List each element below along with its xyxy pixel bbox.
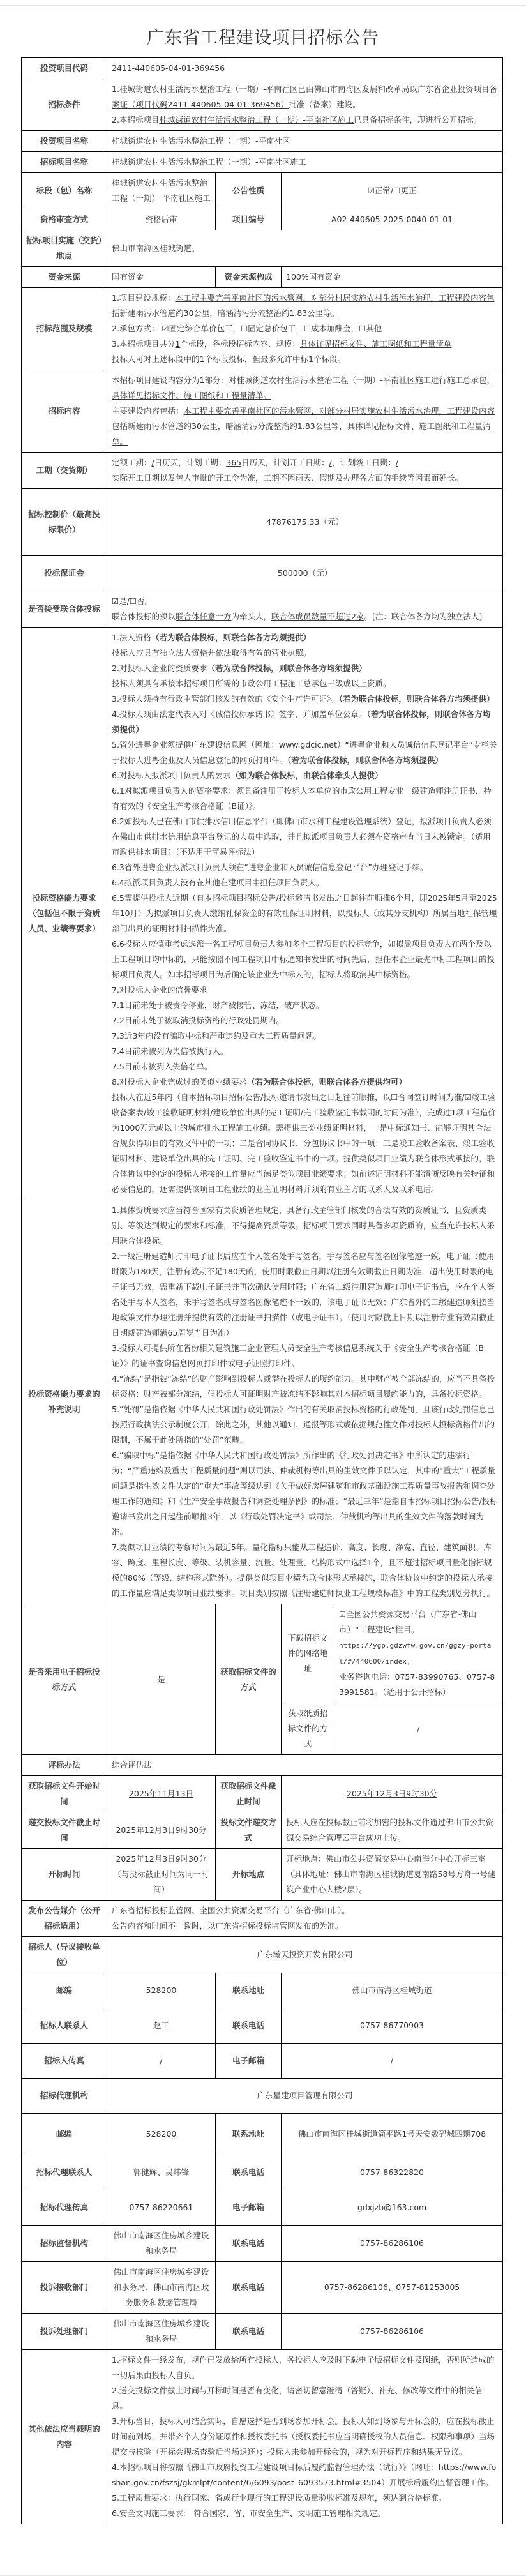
list-item: 6.对投标人拟派项目负责人的要求（如为联合体投标，由联合体牵头人提供） bbox=[112, 768, 498, 783]
value: 资格后审 bbox=[107, 209, 216, 230]
text: 日历天，计划工期： bbox=[154, 458, 227, 467]
row-invest-name: 投资项目名称 桂城街道农村生活污水整治工程（一期）-平南社区 bbox=[22, 131, 503, 152]
value: 桂城街道农村生活污水整治工程（一期）-平南社区施工 bbox=[107, 152, 503, 173]
list-item: 5.“处罚”是指依据《中华人民共和国行政处罚法》作出的有关取消投标资格的行政处罚… bbox=[112, 1402, 498, 1448]
value: 0757-86770903 bbox=[282, 2008, 503, 2044]
value: / bbox=[282, 2044, 503, 2079]
text: 联合体成员数量不超过2家 bbox=[271, 612, 364, 621]
row-period: 工期（交货期） 定额工期：/日历天，计划工期：365日历天，计划开工日期：/，计… bbox=[22, 453, 503, 489]
tender-notice-table: 投资项目代码 2411-440605-04-01-369456 招标条件 1.桂… bbox=[21, 57, 503, 2524]
label: 电子邮箱 bbox=[216, 2044, 282, 2079]
row-complaint-recv: 投诉接收部门 佛山市南海区住房城乡建设和水务局、佛山市南海区政务服务和数据管理局… bbox=[22, 2262, 503, 2314]
text: 个标段，各标段招标内容、规模： bbox=[180, 339, 300, 349]
label: 投标资格能力要求的补充说明 bbox=[22, 1200, 107, 1604]
row-tenderer-contact: 招标人联系人 赵工 联系电话 0757-86770903 bbox=[22, 2008, 503, 2044]
list-item: 4.投标人须由法定代表人对《诚信投标承诺书》签字，并加盖单位公章。（若为联合体投… bbox=[112, 707, 498, 737]
label: 评标办法 bbox=[22, 1755, 107, 1776]
label: 投标资格能力要求（包括但不限于资质人员、业绩等要求） bbox=[22, 628, 107, 1200]
label: 招标项目名称 bbox=[22, 152, 107, 173]
row-evaluation: 评标办法 综合评估法 bbox=[22, 1755, 503, 1776]
value: 广东瀚天投资开发有限公司 bbox=[107, 1937, 503, 1973]
text: 个标段投标，但最多允许中标 bbox=[204, 354, 308, 364]
row-requirements: 投标资格能力要求（包括但不限于资质人员、业绩等要求） 1.法人资格（若为联合体投… bbox=[22, 628, 503, 1200]
row-complaint-handle: 投诉处理部门 佛山市南海区住房城乡建设和水务局 联系电话 0757-862861… bbox=[22, 2314, 503, 2350]
list-item: 3.投标人须持有行政主管部门核发的有效的《安全生产许可证》。（若为联合体投标，则… bbox=[112, 691, 498, 707]
text: 部分： bbox=[204, 375, 229, 385]
text: 广东省招标投标监管网、全国公共资源交易平台（广东省·佛山市）。 bbox=[112, 1906, 350, 1915]
row-electronic: 是否采用电子招标投标方式 是 获取招标文件的方式 下载招标文件的网络地址 ☑全国… bbox=[22, 1604, 503, 1703]
text: 实际开工日期以发包人审批的开工令为准，工期不因雨天、假期及办理各方面的手续等因素… bbox=[112, 473, 463, 483]
list-item: 7.3近3年内没有骗取中标和严重违约及重大工程质量问题。 bbox=[112, 1028, 498, 1044]
value: 郭健辉、吴炜锋 bbox=[107, 2155, 216, 2190]
value: 综合评估法 bbox=[107, 1755, 503, 1776]
value: 桂城街道农村生活污水整治工程（一期）-平南社区 bbox=[107, 131, 503, 152]
text: 批准（备案）建设。 bbox=[289, 100, 361, 109]
label: 招标代理机构 bbox=[22, 2079, 107, 2114]
value: 1.桂城街道农村生活污水整治工程（一期）-平南社区已由佛山市南海区发展和改革局以… bbox=[107, 79, 503, 131]
text: 1.项目建设规模： bbox=[112, 293, 175, 303]
list-item: 6.1对拟派项目负责人的资格要求：须具备注册于投标人本单位的市政公用工程专业一级… bbox=[112, 783, 498, 814]
text: 公告内容和时间不一致时，以广东省招标投标监管网发布的为准。 bbox=[112, 1921, 343, 1931]
value: 佛山市南海区桂城街道。 bbox=[107, 230, 503, 267]
text: 365 bbox=[226, 458, 241, 467]
label: 招标控制价（最高投标限价） bbox=[22, 489, 107, 556]
label: 投诉接收部门 bbox=[22, 2262, 107, 2314]
value: 佛山市南海区桂城街道简平路1号天安数码城四期708 bbox=[282, 2114, 503, 2155]
label: 招标条件 bbox=[22, 79, 107, 131]
value: 2025年11月13日 bbox=[107, 1776, 216, 1812]
list-item: 6.6投标人应慎重考虑选派一名工程项目负责人参加多个工程项目的投标竞争，如拟派项… bbox=[112, 937, 498, 983]
text: 桂城街道农村生活污水整治工程（一期）-平南社区施工 bbox=[159, 115, 354, 124]
label: 邮编 bbox=[22, 1973, 107, 2008]
label: 开标时间 bbox=[22, 1849, 107, 1901]
value: 定额工期：/日历天，计划工期：365日历天，计划开工日期：/，计划竣工日期：/ … bbox=[107, 453, 503, 489]
value: 本招标项目建设内容分为1部分：对桂城街道农村生活污水整治工程（一期）-平南社区施… bbox=[107, 370, 503, 453]
list-item: 投标人应具有独立法人资格并依法取得有效的营业执照。 bbox=[112, 645, 498, 661]
label: 联系地址 bbox=[216, 2114, 282, 2155]
text: 为牵头人， bbox=[232, 612, 272, 621]
label: 联系电话 bbox=[216, 2262, 282, 2314]
list-item: 7.2目前未处于被取消投标资格的行政处罚期内。 bbox=[112, 1013, 498, 1028]
value: 佛山市南海区住房城乡建设和水务局、佛山市南海区政务服务和数据管理局 bbox=[107, 2262, 216, 2314]
value: 0757-86322820 bbox=[282, 2155, 503, 2190]
row-media: 发布公告媒介（公开招标适用） 广东省招标投标监管网、全国公共资源交易平台（广东省… bbox=[22, 1901, 503, 1937]
value: 0757-86286106、0757-81253005 bbox=[282, 2262, 503, 2314]
consortium-checkbox: ☑是/☐否。 bbox=[112, 596, 153, 606]
value: 0757-86220661 bbox=[107, 2190, 216, 2226]
label: 获取招标文件的方式 bbox=[216, 1604, 282, 1755]
text: 本招标项目建设内容分为 bbox=[112, 375, 200, 385]
label: 投标文件递交方式 bbox=[216, 1812, 282, 1849]
label: 招标范围及规模 bbox=[22, 288, 107, 370]
label: 投资项目名称 bbox=[22, 131, 107, 152]
value: 佛山市南海区桂城街道 bbox=[282, 1973, 503, 2008]
value: 投标人应在投标截止前将加密的投标文件通过佛山市公共资源交易综合管理云平台成功上传… bbox=[282, 1812, 503, 1849]
row-agency: 招标代理机构 广东星建项目管理有限公司 bbox=[22, 2079, 503, 2114]
value: 100%国有资金 bbox=[282, 267, 503, 288]
list-item: 1.招标文件一经发布，视作已发放给所有投标人，各投标人应及时下载电子版招标文件及… bbox=[112, 2353, 498, 2383]
label: 联系电话 bbox=[216, 2155, 282, 2190]
value: A02-440605-2025-0040-01-01 bbox=[282, 209, 503, 230]
row-content: 招标内容 本招标项目建设内容分为1部分：对桂城街道农村生活污水整治工程（一期）-… bbox=[22, 370, 503, 453]
label: 联系电话 bbox=[216, 2226, 282, 2262]
bottom-divider bbox=[0, 2550, 526, 2576]
label: 项目编号 bbox=[216, 209, 282, 230]
list-item: 3.开标当日，投标人可结合实际，自愿选择是否到场参加开标会。投标人如到场参与开标… bbox=[112, 2414, 498, 2460]
list-item: 2.对投标人企业的资质要求（若为联合体投标，则联合体各方均须提供） bbox=[112, 661, 498, 676]
text: 桂城街道农村生活污水整治工程（一期）-平南社区 bbox=[119, 84, 298, 94]
text: 2.承包方式： ☑固定综合单价包干，☐固定总价包干，☐成本加酬金，☐其他 bbox=[112, 324, 382, 333]
text: 联合体投标的须以 bbox=[112, 612, 176, 621]
text: 已具备招标条件，现进行公开招标。 bbox=[354, 115, 481, 124]
value: 桂城街道农村生活污水整治工程（一期）-平南社区施工 bbox=[107, 173, 216, 209]
text: 1. bbox=[112, 84, 119, 94]
value: 2025年12月3日9时30分 bbox=[107, 1812, 216, 1849]
row-price-cap: 招标控制价（最高投标限价） 47876175.33（元） bbox=[22, 489, 503, 556]
label: 联系电话 bbox=[216, 2314, 282, 2350]
row-opening: 开标时间 2025年12月3日9时30分（与投标截止时间为同一时间） 开标地点 … bbox=[22, 1849, 503, 1901]
label: 招标人（异议接收单位） bbox=[22, 1937, 107, 1973]
value: 528200 bbox=[107, 2114, 216, 2155]
text: 业务咨询电话：0757-83990765、0757-83991581。（适用于公… bbox=[339, 1672, 495, 1697]
value: 2025年12月3日9时30分 bbox=[282, 1776, 503, 1812]
value: / bbox=[334, 1703, 503, 1755]
list-item: 2.递交投标文件截止时间与开标时间是否有变化，请密切留意澄清（答疑）、补充、修改… bbox=[112, 2383, 498, 2414]
list-item: 6.5需提供投标人近期（自本招标项目招标公告/投标邀请书发出之日起往前顺推6个月… bbox=[112, 891, 498, 937]
list-item: 投标人须具有承接本招标项目所需的市政公用工程施工总承包三级或以上资质。 bbox=[112, 676, 498, 691]
row-supplement: 投标资格能力要求的补充说明 1.具体资质要求应当符合国家有关资质管理规定，具备行… bbox=[22, 1200, 503, 1604]
value: 2411-440605-04-01-369456 bbox=[107, 58, 503, 79]
row-agency-fax: 招标代理传真 0757-86220661 电子邮箱 gdxjzb@163.com bbox=[22, 2190, 503, 2226]
label: 公告性质 bbox=[216, 173, 282, 209]
list-item: 1.法人资格（若为联合体投标，则联合体各方均须提供） bbox=[112, 630, 498, 645]
download-link[interactable]: https://ygp.gdzwfw.gov.cn/ggzy-portal/#/… bbox=[339, 1641, 491, 1666]
value: ☑是/☐否。 联合体投标的须以联合体任意一方为牵头人，联合体成员数量不超过2家。… bbox=[107, 591, 503, 628]
label: 是否接受联合体投标 bbox=[22, 591, 107, 628]
text: 日历天，计划开工日期： bbox=[241, 458, 329, 467]
label: 招标内容 bbox=[22, 370, 107, 453]
email-link[interactable]: gdxjzb@163.com bbox=[282, 2190, 503, 2226]
label: 投资项目代码 bbox=[22, 58, 107, 79]
row-doc-time: 获取招标文件开始时间 2025年11月13日 获取招标文件截止时间 2025年1… bbox=[22, 1776, 503, 1812]
row-section: 标段（包）名称 桂城街道农村生活污水整治工程（一期）-平南社区施工 公告性质 ☑… bbox=[22, 173, 503, 209]
text: 2.本招标项目 bbox=[112, 115, 159, 124]
row-submit: 递交投标文件截止时间 2025年12月3日9时30分 投标文件递交方式 投标人应… bbox=[22, 1812, 503, 1849]
value: 国有资金 bbox=[107, 267, 216, 288]
list-item: 2.一级注册建造师打印电子证书后应在个人签名处手写签名，手写签名应与签名图像笔迹… bbox=[112, 1249, 498, 1341]
label: 获取招标文件开始时间 bbox=[22, 1776, 107, 1812]
row-agency-contact: 招标代理联系人 郭健辉、吴炜锋 联系电话 0757-86322820 bbox=[22, 2155, 503, 2190]
text: 佛山市南海区发展和改革局 bbox=[313, 84, 409, 94]
list-item: 4.“冻结”是指被“冻结”的财产影响到投标人或潜在投标人的履约能力。其中财产被全… bbox=[112, 1371, 498, 1402]
text: 以 bbox=[409, 84, 417, 94]
value: 1.招标文件一经发布，视作已发放给所有投标人，各投标人应及时下载电子版招标文件及… bbox=[107, 2350, 503, 2524]
label: 资金来源构成 bbox=[216, 267, 282, 288]
text: 联合体任意一方 bbox=[176, 612, 232, 621]
platform-checkbox: ☑全国公共资源交易平台（广东省·佛山市）“工程建设”栏目。 bbox=[339, 1609, 476, 1634]
label: 招标监督机构 bbox=[22, 2226, 107, 2262]
list-item: 7.1目前未处于被责令停业，财产被接管、冻结，破产状态。 bbox=[112, 998, 498, 1013]
label: 标段（包）名称 bbox=[22, 173, 107, 209]
label: 投诉处理部门 bbox=[22, 2314, 107, 2350]
row-agency-post: 邮编 528200 联系地址 佛山市南海区桂城街道简平路1号天安数码城四期708 bbox=[22, 2114, 503, 2155]
row-qualification: 资格审查方式 资格后审 项目编号 A02-440605-2025-0040-01… bbox=[22, 209, 503, 230]
label: 其他依法应当载明的内容 bbox=[22, 2350, 107, 2524]
value: 2025年12月3日9时30分（与投标截止时间为同一时间） bbox=[107, 1849, 216, 1901]
label: 招标项目实施（交货）地点 bbox=[22, 230, 107, 267]
label: 下载招标文件的网络地址 bbox=[282, 1604, 334, 1703]
list-item: 8.对投标人企业完成过的类似业绩要求（若为联合体投标，则联合体各方提供均可） bbox=[112, 1074, 498, 1090]
row-tenderer: 招标人（异议接收单位） 广东瀚天投资开发有限公司 bbox=[22, 1937, 503, 1973]
text: 。[注：联合体各方均为独立法人] bbox=[364, 612, 483, 621]
value: / bbox=[107, 2044, 216, 2079]
value: 1.项目建设规模：本工程主要完善平南社区的污水管网，对部分村居实施农村生活污水治… bbox=[107, 288, 503, 370]
value: 0757-86286106 bbox=[282, 2226, 503, 2262]
label: 电子邮箱 bbox=[216, 2190, 282, 2226]
label: 工期（交货期） bbox=[22, 453, 107, 489]
list-item: 5.工程质量要求：执行国家、省或行业现行的工程建设质量验收标准及规范，须达到合格… bbox=[112, 2490, 498, 2506]
row-tenderer-post: 邮编 528200 联系地址 佛山市南海区桂城街道 bbox=[22, 1973, 503, 2008]
value: 528200 bbox=[107, 1973, 216, 2008]
value: 赵工 bbox=[107, 2008, 216, 2044]
value: 1.具体资质要求应当符合国家有关资质管理规定，具备行政主管部门核发的合法有效的资… bbox=[107, 1200, 503, 1604]
row-location: 招标项目实施（交货）地点 佛山市南海区桂城街道。 bbox=[22, 230, 503, 267]
text: 1 bbox=[308, 354, 313, 364]
label: 资格审查方式 bbox=[22, 209, 107, 230]
value: 广东星建项目管理有限公司 bbox=[107, 2079, 503, 2114]
row-scope: 招标范围及规模 1.项目建设规模：本工程主要完善平南社区的污水管网，对部分村居实… bbox=[22, 288, 503, 370]
row-conditions: 招标条件 1.桂城街道农村生活污水整治工程（一期）-平南社区已由佛山市南海区发展… bbox=[22, 79, 503, 131]
label: 联系电话 bbox=[216, 2008, 282, 2044]
value: 佛山市南海区住房城乡建设和水务局 bbox=[107, 2226, 216, 2262]
text: ，计划竣工日期： bbox=[332, 458, 396, 467]
value: 0757-86286106 bbox=[282, 2314, 503, 2350]
text: 主要建设内容包括： bbox=[112, 406, 184, 416]
value: 47876175.33（元） bbox=[107, 489, 503, 556]
row-tender-name: 招标项目名称 桂城街道农村生活污水整治工程（一期）-平南社区施工 bbox=[22, 152, 503, 173]
text: 个标段。 bbox=[313, 354, 345, 364]
text: 已由 bbox=[297, 84, 313, 94]
list-item: 3.投标人可提供所在省份相关建筑施工企业管理人员安全生产考核信息系统关于《安全生… bbox=[112, 1341, 498, 1371]
value: 500000（元） bbox=[107, 556, 503, 591]
list-item: 7.5目前未被列入失信名单。 bbox=[112, 1059, 498, 1074]
label: 获取招标文件截止时间 bbox=[216, 1776, 282, 1812]
label: 获取纸质招标文件的方式 bbox=[282, 1703, 334, 1755]
list-item: 7.类似项目业绩的考察时间为最近5年。量化指标只能从工程造价、高度、长度、净宽、… bbox=[112, 1540, 498, 1601]
list-item: 投标人在近5年内（自本招标项目招标公告/投标邀请书发出之日起往前顺推，以☐合同签… bbox=[112, 1090, 498, 1197]
list-item: 5.省外进粤企业须提供广东建设信息网（网址：www.gdcic.net）“进粤企… bbox=[112, 737, 498, 768]
top-divider bbox=[0, 0, 526, 6]
list-item: 6.3省外进粤企业拟派项目负责人须在“进粤企业和人员诚信信息登记平台”办理登记手… bbox=[112, 860, 498, 875]
row-consortium: 是否接受联合体投标 ☑是/☐否。 联合体投标的须以联合体任意一方为牵头人，联合体… bbox=[22, 591, 503, 628]
list-item: 6.安全文明施工要求： 符合国家、省、市安全生产、文明施工管理相关规定。 bbox=[112, 2506, 498, 2521]
value: 是 bbox=[107, 1604, 216, 1755]
list-item: 7.对投标人企业的信誉要求 bbox=[112, 983, 498, 998]
label: 递交投标文件截止时间 bbox=[22, 1812, 107, 1849]
list-item: 6.4拟派项目负责人没有在其他在建项目中担任项目负责人。 bbox=[112, 875, 498, 891]
label: 招标代理联系人 bbox=[22, 2155, 107, 2190]
label: 招标人联系人 bbox=[22, 2008, 107, 2044]
list-item: 4.本招标项目将按照《佛山市政府投资工程建设项目标后履约监督管理办法（试行）》（… bbox=[112, 2460, 498, 2490]
row-supervisor: 招标监督机构 佛山市南海区住房城乡建设和水务局 联系电话 0757-862861… bbox=[22, 2226, 503, 2262]
text: 投标人可对上述标段中的 bbox=[112, 354, 200, 364]
label: 联系地址 bbox=[216, 1973, 282, 2008]
text: 具体详见招标文件、施工图纸和工程量清单 bbox=[300, 339, 452, 349]
value: 佛山市南海区住房城乡建设和水务局 bbox=[107, 2314, 216, 2350]
list-item: 1.具体资质要求应当符合国家有关资质管理规定，具备行政主管部门核发的合法有效的资… bbox=[112, 1203, 498, 1249]
label: 招标人传真 bbox=[22, 2044, 107, 2079]
text: 3.本招标项目共分 bbox=[112, 339, 175, 349]
label: 资金来源 bbox=[22, 267, 107, 288]
value: 广东省招标投标监管网、全国公共资源交易平台（广东省·佛山市）。 公告内容和时间不… bbox=[107, 1901, 503, 1937]
text: / bbox=[396, 458, 398, 467]
page-title: 广东省工程建设项目招标公告 bbox=[0, 24, 526, 49]
label: 投标保证金 bbox=[22, 556, 107, 591]
label: 是否采用电子招标投标方式 bbox=[22, 1604, 107, 1755]
row-other: 其他依法应当载明的内容 1.招标文件一经发布，视作已发放给所有投标人，各投标人应… bbox=[22, 2350, 503, 2524]
label: 邮编 bbox=[22, 2114, 107, 2155]
label: 招标代理传真 bbox=[22, 2190, 107, 2226]
value: 1.法人资格（若为联合体投标，则联合体各方均须提供） 投标人应具有独立法人资格并… bbox=[107, 628, 503, 1200]
download-info: ☑全国公共资源交易平台（广东省·佛山市）“工程建设”栏目。 https://yg… bbox=[334, 1604, 503, 1703]
label: 发布公告媒介（公开招标适用） bbox=[22, 1901, 107, 1937]
notice-nature-checkbox: ☑正常/☐更正 bbox=[282, 173, 503, 209]
label: 开标地点 bbox=[216, 1849, 282, 1901]
row-tenderer-fax: 招标人传真 / 电子邮箱 / bbox=[22, 2044, 503, 2079]
row-funding: 资金来源 国有资金 资金来源构成 100%国有资金 bbox=[22, 267, 503, 288]
row-deposit: 投标保证金 500000（元） bbox=[22, 556, 503, 591]
row-invest-code: 投资项目代码 2411-440605-04-01-369456 bbox=[22, 58, 503, 79]
value: 开标地点：佛山市公共资源交易中心南海分中心开标三室（具体地址：佛山市南海区桂城街… bbox=[282, 1849, 503, 1901]
list-item: 6.“骗取中标”是指依据《中华人民共和国行政处罚法》所作出的《行政处罚决定书》中… bbox=[112, 1448, 498, 1540]
list-item: 6.2如投标人已在佛山市供排水信用信息平台（即佛山市水利工程建设管理系统）登记，… bbox=[112, 814, 498, 860]
list-item: 7.4目前未被列为失信被执行人。 bbox=[112, 1044, 498, 1059]
text: 定额工期： bbox=[112, 458, 152, 467]
